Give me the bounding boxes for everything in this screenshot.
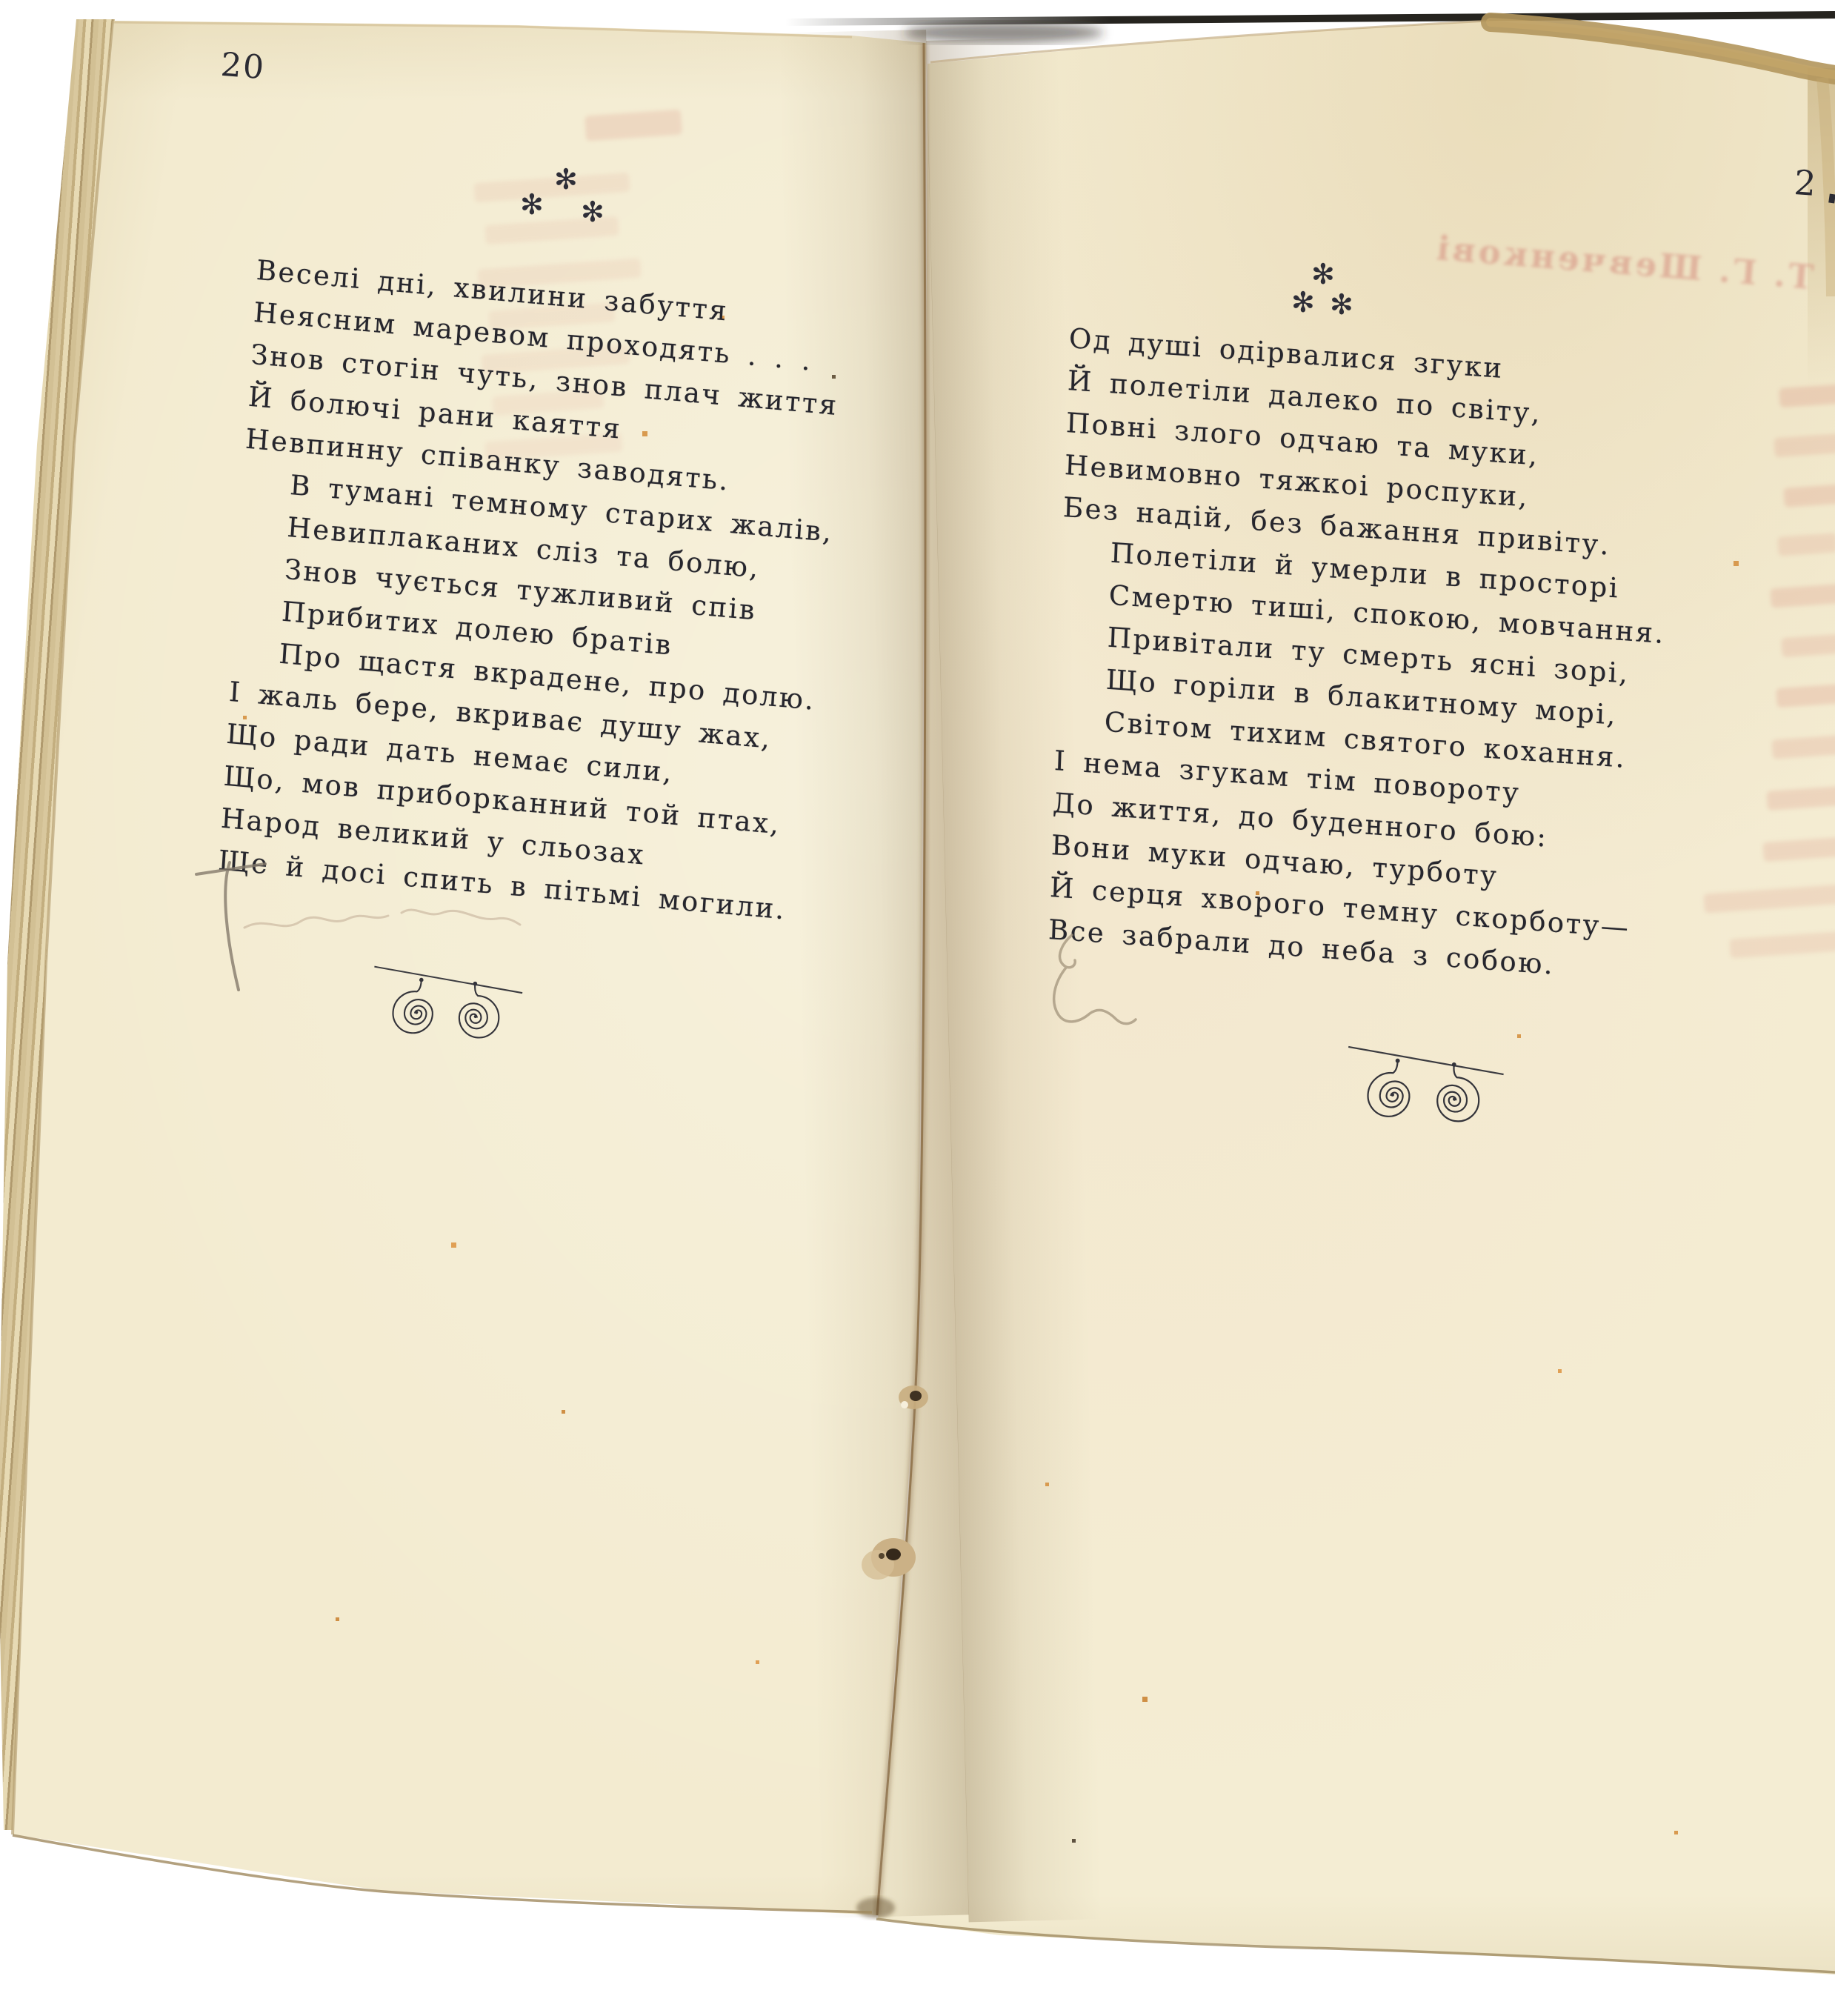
left-page-top-edge-line (113, 22, 852, 37)
paper-speckles (0, 0, 1, 1)
stitch-hole-bottom-dot (879, 1553, 885, 1559)
stitch-hole-top-center (910, 1391, 922, 1401)
asterisk-icon: ✻ (1330, 288, 1353, 321)
asterisk-icon: ✻ (581, 196, 605, 228)
gutter-top-shadow (904, 22, 1104, 43)
pencil-stroke (196, 862, 265, 990)
poem-left: Веселі дні, хвилини забуттяНеясним марев… (217, 249, 996, 946)
spiral-icon (1436, 1062, 1481, 1123)
scanner-top-edge-line (785, 15, 1835, 22)
right-page-bottom-edge-line (876, 1919, 1835, 1972)
book-scan: Т. Г. Шевченкові (0, 0, 1835, 2016)
pencil-squiggle (244, 910, 520, 928)
stitch-hole-bottom-center (886, 1548, 901, 1560)
pencil-scribble-left (170, 845, 689, 1015)
spiral-icon (1367, 1057, 1412, 1118)
gutter-bottom-shadow (856, 1897, 895, 1918)
left-page-number: 20 (219, 46, 267, 87)
pencil-scribble-right (1033, 919, 1167, 1045)
stitch-hole-top-glint (901, 1401, 908, 1408)
tailpiece-ornament (1336, 1037, 1512, 1145)
asterisk-icon: ✻ (1291, 286, 1315, 319)
right-page-number: 2 (1793, 162, 1819, 204)
poem-right: Од душі одірвалися згукиЙ полетіли далек… (1048, 317, 1808, 1002)
asterisk-icon: ✻ (520, 188, 544, 221)
right-page-number-clipped-digit (1828, 194, 1835, 204)
left-page-fore-edge-line (13, 21, 113, 1834)
pencil-stroke (1054, 935, 1136, 1024)
tailpiece-rule-line (1348, 1047, 1505, 1074)
browned-right-edge (1822, 78, 1832, 296)
asterisk-icon: ✻ (554, 163, 578, 196)
left-page-bottom-edge-line (13, 1835, 872, 1912)
